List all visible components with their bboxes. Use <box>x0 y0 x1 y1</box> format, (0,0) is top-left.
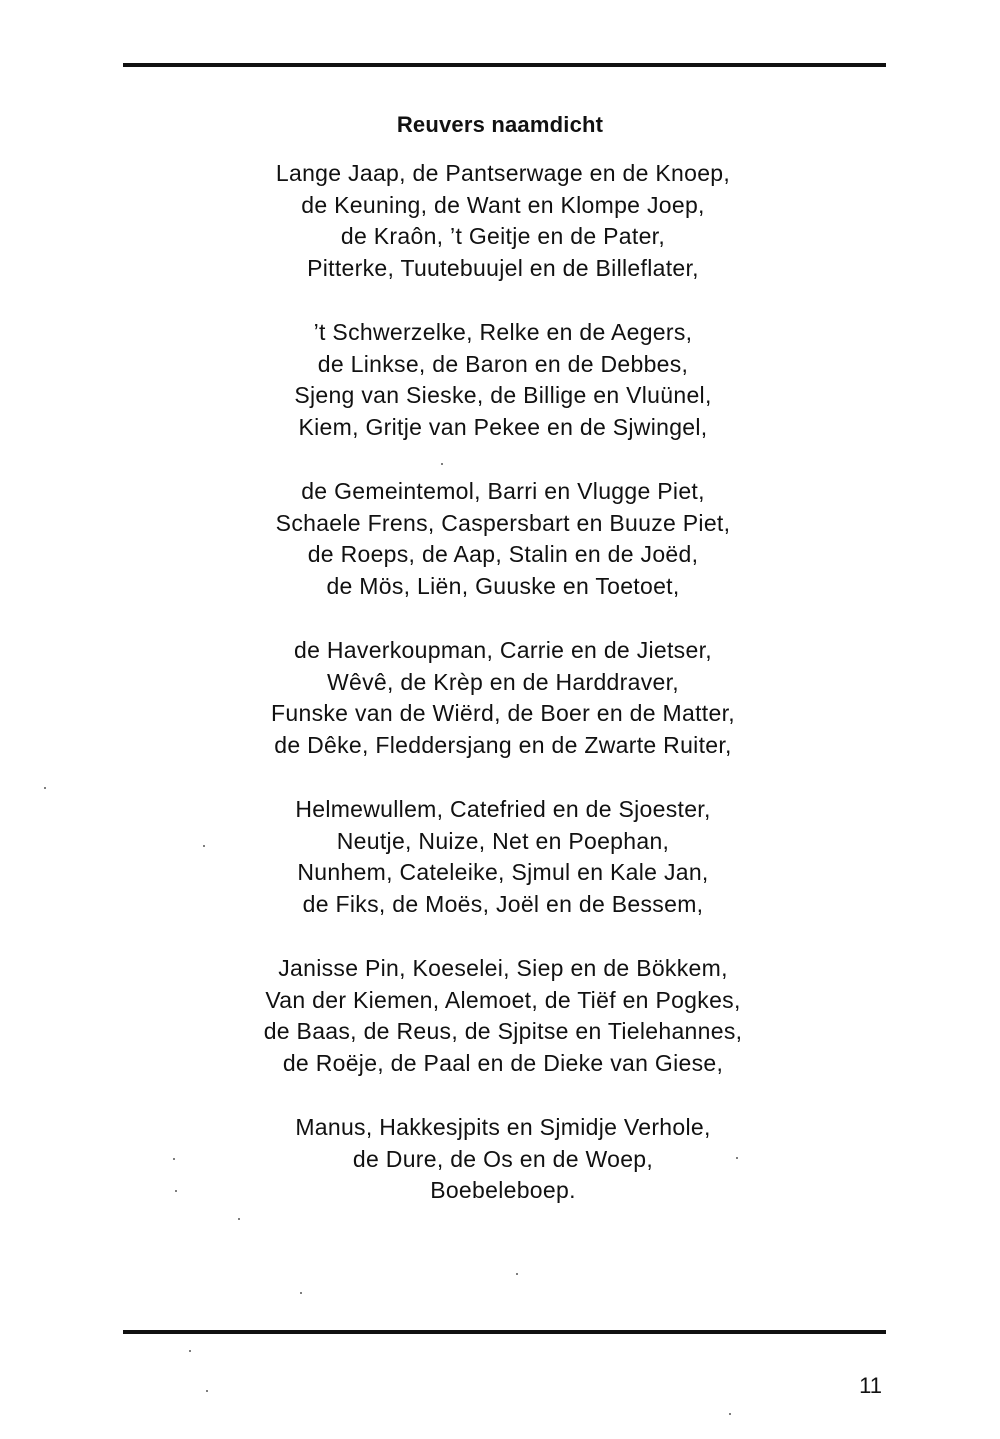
scan-speck <box>238 1218 240 1220</box>
poem-line: de Dêke, Fleddersjang en de Zwarte Ruite… <box>0 730 1000 762</box>
poem-line: de Gemeintemol, Barri en Vlugge Piet, <box>0 476 1000 508</box>
poem-line: Neutje, Nuize, Net en Poephan, <box>0 826 1000 858</box>
stanza-7: Manus, Hakkesjpits en Sjmidje Verhole, d… <box>0 1112 1000 1207</box>
stanza-2: ’t Schwerzelke, Relke en de Aegers, de L… <box>0 317 1000 443</box>
poem-line: Wêvê, de Krèp en de Harddraver, <box>0 667 1000 699</box>
poem-line: Helmewullem, Catefried en de Sjoester, <box>0 794 1000 826</box>
stanza-6: Janisse Pin, Koeselei, Siep en de Bökkem… <box>0 953 1000 1079</box>
poem-line: Pitterke, Tuutebuujel en de Billeflater, <box>0 253 1000 285</box>
poem-line: Nunhem, Cateleike, Sjmul en Kale Jan, <box>0 857 1000 889</box>
stanza-5: Helmewullem, Catefried en de Sjoester, N… <box>0 794 1000 920</box>
poem-line: de Mös, Liën, Guuske en Toetoet, <box>0 571 1000 603</box>
poem-line: de Haverkoupman, Carrie en de Jietser, <box>0 635 1000 667</box>
scan-speck <box>736 1157 738 1159</box>
poem-line: Lange Jaap, de Pantserwage en de Knoep, <box>0 158 1000 190</box>
poem-line: Boebeleboep. <box>0 1175 1000 1207</box>
scan-speck <box>175 1190 177 1192</box>
scan-speck <box>300 1292 302 1294</box>
page-number: 11 <box>852 1373 882 1399</box>
poem-line: Sjeng van Sieske, de Billige en Vluünel, <box>0 380 1000 412</box>
top-rule <box>123 63 886 67</box>
scan-speck <box>729 1413 731 1415</box>
poem-line: de Roeps, de Aap, Stalin en de Joëd, <box>0 539 1000 571</box>
scan-speck <box>441 463 443 465</box>
scan-speck <box>203 845 205 847</box>
poem-line: de Linkse, de Baron en de Debbes, <box>0 349 1000 381</box>
stanza-3: de Gemeintemol, Barri en Vlugge Piet, Sc… <box>0 476 1000 602</box>
stanza-4: de Haverkoupman, Carrie en de Jietser, W… <box>0 635 1000 761</box>
poem-line: de Baas, de Reus, de Sjpitse en Tielehan… <box>0 1016 1000 1048</box>
poem-line: Van der Kiemen, Alemoet, de Tiëf en Pogk… <box>0 985 1000 1017</box>
poem-body: Lange Jaap, de Pantserwage en de Knoep, … <box>0 158 1000 1240</box>
bottom-rule <box>123 1330 886 1334</box>
poem-line: Kiem, Gritje van Pekee en de Sjwingel, <box>0 412 1000 444</box>
scan-speck <box>44 787 46 789</box>
scan-speck <box>173 1158 175 1160</box>
poem-line: Funske van de Wiërd, de Boer en de Matte… <box>0 698 1000 730</box>
scan-speck <box>516 1273 518 1275</box>
poem-line: Schaele Frens, Caspersbart en Buuze Piet… <box>0 508 1000 540</box>
poem-line: ’t Schwerzelke, Relke en de Aegers, <box>0 317 1000 349</box>
poem-line: Manus, Hakkesjpits en Sjmidje Verhole, <box>0 1112 1000 1144</box>
stanza-1: Lange Jaap, de Pantserwage en de Knoep, … <box>0 158 1000 284</box>
scan-speck <box>206 1390 208 1392</box>
poem-title: Reuvers naamdicht <box>0 111 1000 139</box>
poem-line: de Dure, de Os en de Woep, <box>0 1144 1000 1176</box>
poem-line: de Kraôn, ’t Geitje en de Pater, <box>0 221 1000 253</box>
poem-line: de Fiks, de Moës, Joël en de Bessem, <box>0 889 1000 921</box>
scan-speck <box>189 1350 191 1352</box>
poem-line: Janisse Pin, Koeselei, Siep en de Bökkem… <box>0 953 1000 985</box>
poem-line: de Roëje, de Paal en de Dieke van Giese, <box>0 1048 1000 1080</box>
poem-line: de Keuning, de Want en Klompe Joep, <box>0 190 1000 222</box>
